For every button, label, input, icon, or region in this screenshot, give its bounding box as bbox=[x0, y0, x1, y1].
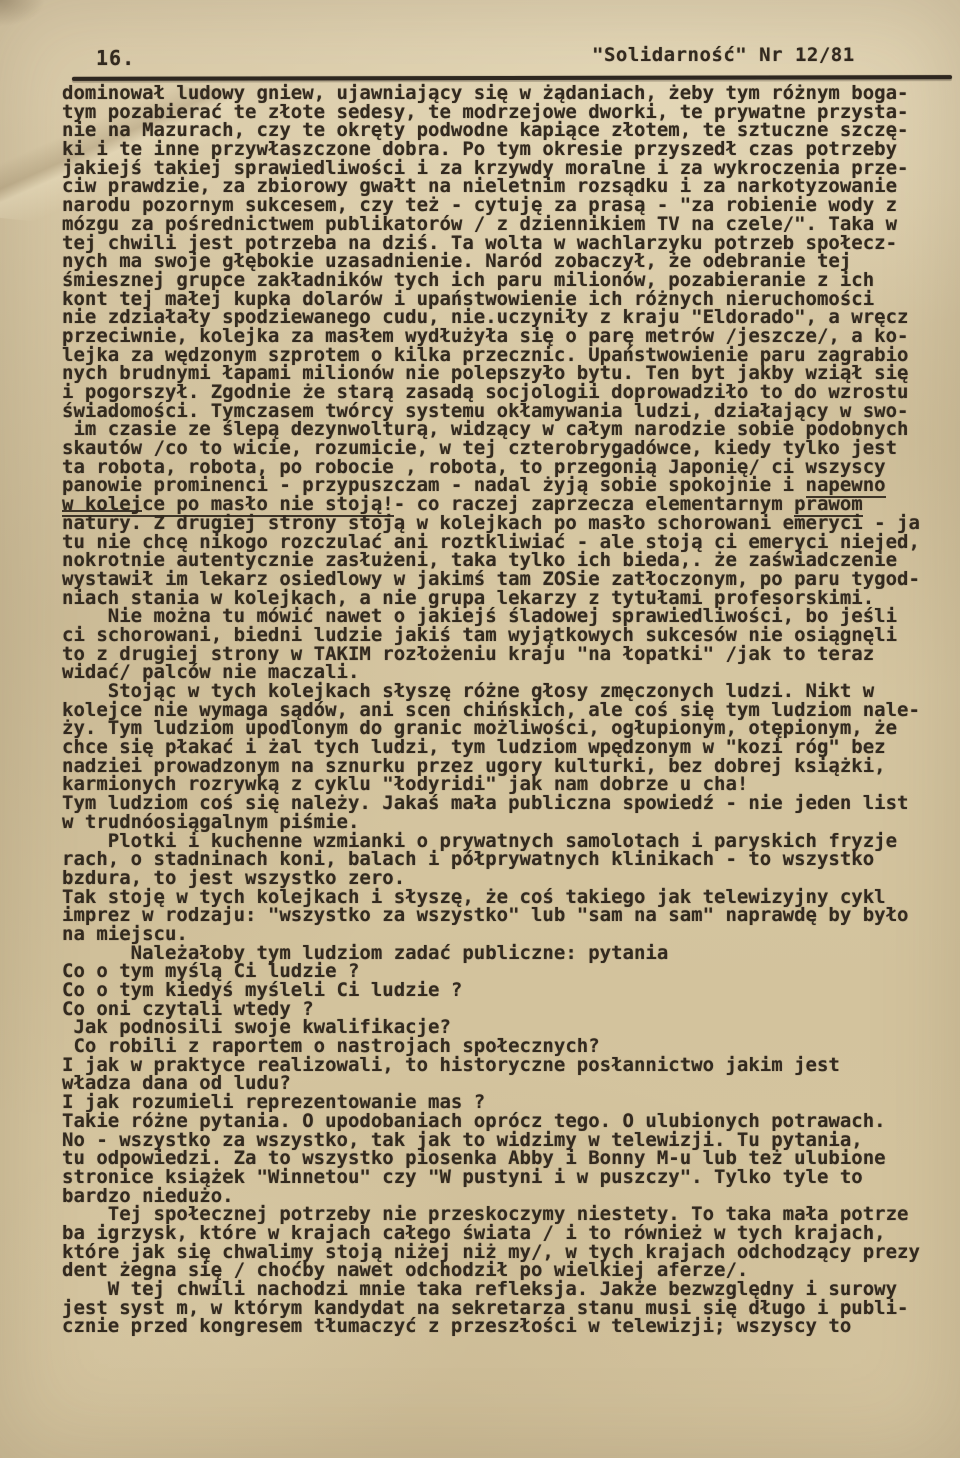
text-line: cznie przed kongresem tłumaczyć z przesz… bbox=[62, 1317, 960, 1336]
text-segment: imprez w rodzaju: "wszystko za wszystko"… bbox=[62, 904, 908, 926]
page-number: 16. bbox=[96, 46, 135, 70]
text-line: imprez w rodzaju: "wszystko za wszystko"… bbox=[62, 906, 960, 925]
text-segment: cznie przed kongresem tłumaczyć z przesz… bbox=[62, 1315, 851, 1337]
paper-corner-shadow bbox=[0, 0, 70, 40]
masthead-title: "Solidarność" Nr 12/81 bbox=[592, 44, 855, 66]
header-rule bbox=[72, 75, 952, 81]
scanned-document-page: 16. "Solidarność" Nr 12/81 dominował lud… bbox=[0, 0, 960, 1458]
body-text: dominował ludowy gniew, ujawniający się … bbox=[62, 84, 960, 1336]
